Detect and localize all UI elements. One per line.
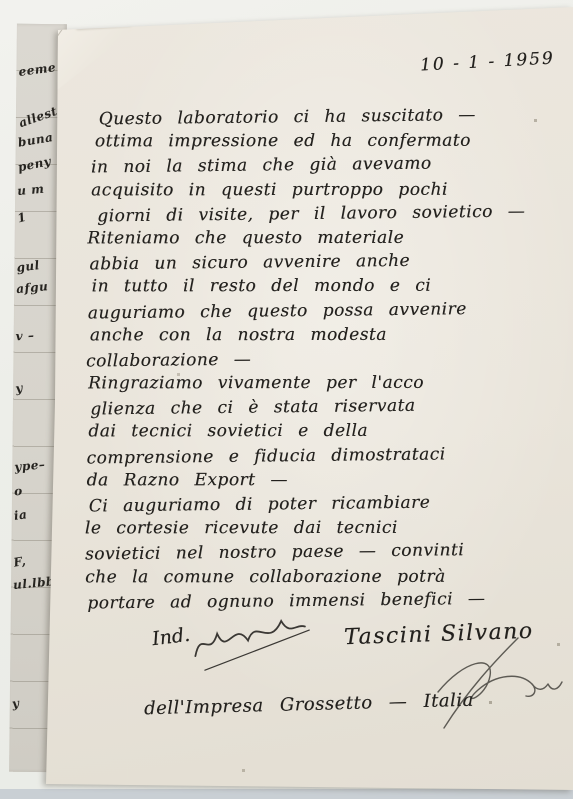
letter-line: glienza che ci è stata riservata	[90, 393, 526, 422]
letter-line: in tutto il resto del mondo e ci	[92, 274, 526, 299]
letter-line: anche con la nostra modesta	[90, 322, 526, 347]
scanned-letter-photo: eeme allest buna peny u m 1 gul afgu v –…	[0, 0, 573, 799]
letter-date: 10 - 1 - 1959	[420, 48, 556, 75]
letter-line: dai tecnici sovietici e della	[88, 419, 526, 444]
letter-page: 10 - 1 - 1959 Questo laboratorio ci ha s…	[38, 2, 573, 792]
letter-line: collaborazione —	[86, 344, 526, 373]
paper-specks	[38, 2, 39, 3]
letter-line: ottima impressione ed ha confermato	[95, 129, 525, 154]
ink-smudge-mark	[45, 23, 79, 30]
letter-line: Ringraziamo vivamente per l'acco	[88, 371, 526, 396]
letter-line: auguriamo che questo possa avvenire	[88, 296, 526, 325]
letter-line: giorni di visite, per il lavoro sovietic…	[97, 199, 525, 228]
letter-line: abbia un sicuro avvenire anche	[89, 248, 525, 277]
letter-line: sovietici nel nostro paese — convinti	[85, 538, 527, 567]
letter-body: Questo laboratorio ci ha suscitato — ott…	[87, 104, 528, 614]
letter-line: comprensione e fiducia dimostrataci	[86, 441, 526, 470]
letter-line: Ci auguriamo di poter ricambiare	[89, 490, 527, 519]
letter-line: acquisito in questi purtroppo pochi	[91, 177, 525, 202]
letter-page-wrap: 10 - 1 - 1959 Questo laboratorio ci ha s…	[38, 2, 573, 792]
illegible-signature-scrawl	[185, 603, 321, 676]
letter-line: Questo laboratorio ci ha suscitato —	[99, 103, 525, 132]
page-fold-corner	[56, 29, 134, 91]
overlapping-signature-flourish	[398, 632, 568, 742]
letter-line: in noi la stima che già avevamo	[91, 151, 525, 180]
letter-line: che la comune collaborazione potrà	[85, 564, 527, 589]
signature-left-prefix: Ind.	[151, 624, 191, 650]
letter-line: da Razno Export —	[87, 467, 527, 492]
letter-line: le cortesie ricevute dai tecnici	[85, 516, 527, 541]
letter-line: Riteniamo che questo materiale	[87, 226, 525, 251]
